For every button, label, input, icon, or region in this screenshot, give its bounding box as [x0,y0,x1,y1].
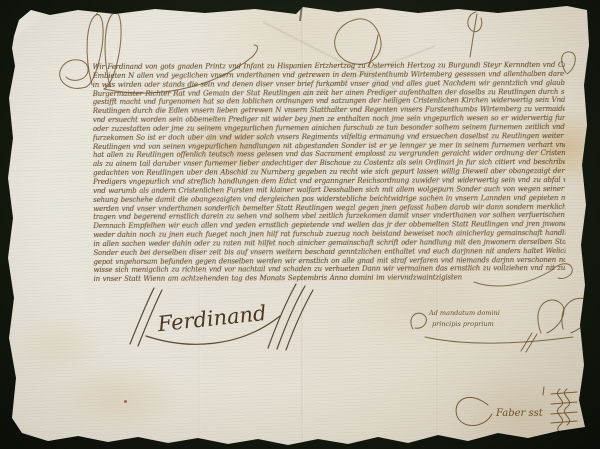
paper-vignette [0,0,600,449]
photograph-background: Wir Ferdinand von gots gnaden Printz vnd… [0,0,600,449]
parchment-sheet: Wir Ferdinand von gots gnaden Printz vnd… [0,0,600,449]
